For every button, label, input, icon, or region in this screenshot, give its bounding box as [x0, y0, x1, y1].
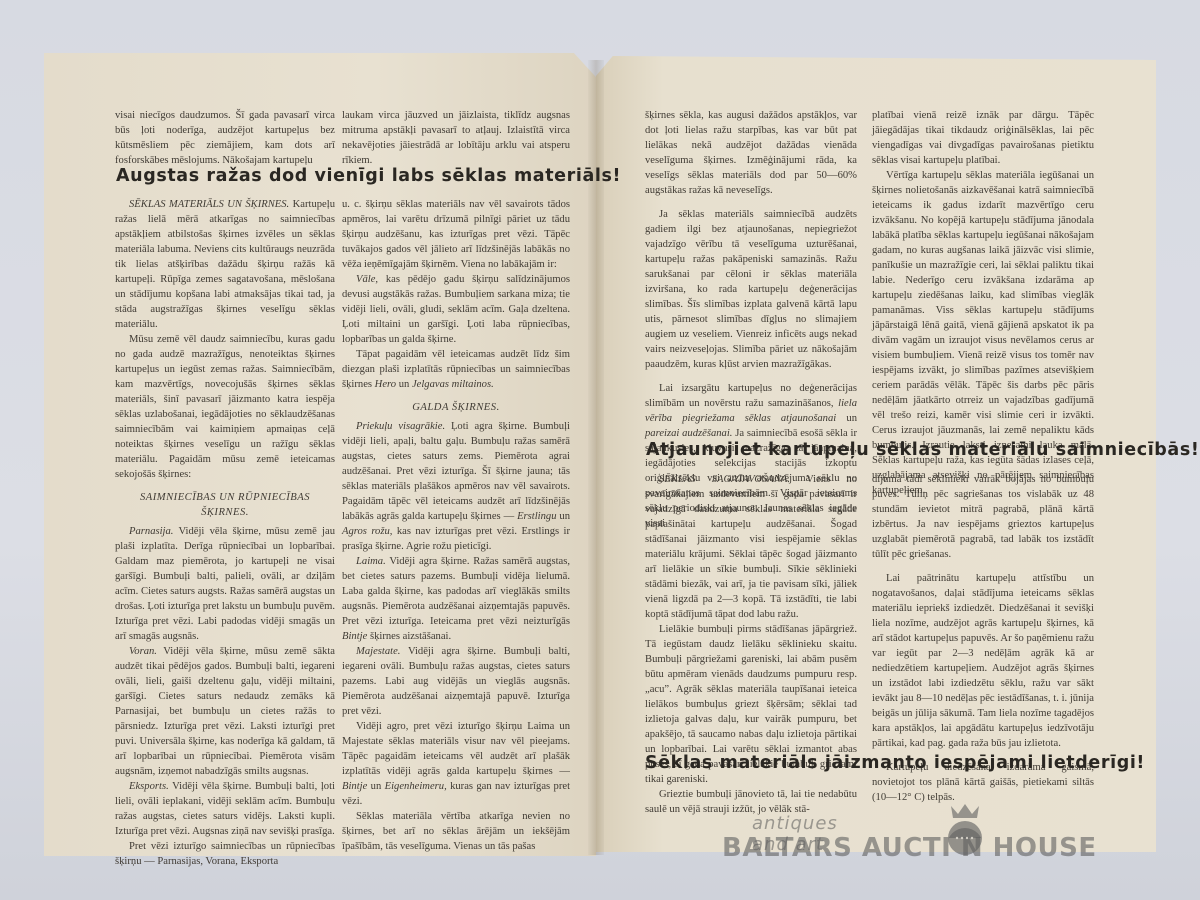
- paragraph: Voran. Vidēji vēla šķirne, mūsu zemē sāk…: [115, 644, 335, 779]
- text: un: [367, 781, 384, 792]
- text: Vidēji vēla šķirne, mūsu zemē sākta audz…: [115, 646, 335, 777]
- left-col1-intro: visai niecīgos daudzumos. Šī gada pavasa…: [115, 108, 335, 168]
- paragraph: Vidēji agro, pret vēzi izturīgo šķirņu L…: [342, 719, 570, 809]
- lead-text: Laima.: [356, 556, 386, 567]
- paragraph: visai niecīgos daudzumos. Šī gada pavasa…: [115, 108, 335, 168]
- text: Erstlingu: [517, 511, 556, 522]
- left-col2-body: u. c. šķirņu sēklas materiāls nav vēl sa…: [342, 197, 570, 854]
- subheading: SAIMNIECĪBAS UN RŪPNIECĪBAS ŠĶIRNES.: [115, 490, 335, 520]
- text: Agros rožu,: [342, 526, 392, 537]
- auction-house-logo-icon: [945, 818, 985, 858]
- paragraph: dījumā tādi sēklinieki vairāk bojājas no…: [872, 472, 1094, 562]
- text: šķirnes aizstāšanai.: [367, 631, 451, 642]
- lead-text: Vāle,: [356, 274, 378, 285]
- text: un: [557, 511, 571, 522]
- text: Jelgavas miltainos.: [412, 379, 494, 390]
- paragraph: Priekuļu visagrākie. Ļoti agra šķirne. B…: [342, 419, 570, 554]
- text: Eigenheimeru,: [385, 781, 447, 792]
- text: pareizai audzēšanai.: [645, 428, 732, 439]
- paragraph: SĒKLAS SAGATAVOŠANA. Viens no svarīgākaj…: [645, 472, 857, 622]
- text: un: [836, 413, 857, 424]
- left-headline: Augstas ražas dod vienīgi labs sēklas ma…: [116, 166, 621, 186]
- paragraph: laukam virca jāuzved un jāizlaista, tikl…: [342, 108, 570, 168]
- paragraph: Lai paātrinātu kartupeļu attīstību un no…: [872, 571, 1094, 751]
- right-headline-1: Atjaunojiet kartupeļu sēklas materiālu s…: [646, 440, 1199, 460]
- lead-text: SĒKLAS SAGATAVOŠANA.: [659, 474, 790, 485]
- lead-text: Voran.: [129, 646, 157, 657]
- paragraph: Pret vēzi izturīgo saimniecības un rūpni…: [115, 839, 335, 869]
- text: Hero: [375, 379, 396, 390]
- text: Vidēji vēla šķirne, mūsu zemē jau plaši …: [115, 526, 335, 642]
- paragraph: Ja sēklas materiāls saimniecībā audzēts …: [645, 207, 857, 372]
- right-headline-2: Sēklas materiāls jāizmanto iespējami lie…: [645, 753, 1145, 773]
- paragraph: Eksports. Vidēji vēla šķirne. Bumbuļi ba…: [115, 779, 335, 839]
- paragraph: u. c. šķirņu sēklas materiāls nav vēl sa…: [342, 197, 570, 272]
- paragraph: Laima. Vidēji agra šķirne. Ražas samērā …: [342, 554, 570, 644]
- paragraph: Vāle, kas pēdējo gadu šķirņu salīdzināju…: [342, 272, 570, 347]
- lead-text: Priekuļu visagrākie.: [356, 421, 445, 432]
- left-col1-body: SĒKLAS MATERIĀLS UN ŠĶIRNES. Kartupeļu r…: [115, 197, 335, 869]
- paragraph: Parnasija. Vidēji vēla šķirne, mūsu zemē…: [115, 524, 335, 644]
- text: Kartupeļu ražas lielā mērā atkarīgas no …: [115, 199, 335, 330]
- paragraph: SĒKLAS MATERIĀLS UN ŠĶIRNES. Kartupeļu r…: [115, 197, 335, 332]
- text: Bintje: [342, 781, 367, 792]
- paragraph: platībai vienā reizē iznāk par dārgu. Tā…: [872, 108, 1094, 168]
- text: Viens no svarīgākajiem uzdevumiem šī gad…: [645, 474, 857, 620]
- text: Ļoti agra šķirne. Bumbuļi vidēji lieli, …: [342, 421, 570, 522]
- lead-text: Eksports.: [129, 781, 169, 792]
- text: un: [396, 379, 412, 390]
- lead-text: Parnasija.: [129, 526, 173, 537]
- paragraph: Majestate. Vidēji agra šķirne. Bumbuļi b…: [342, 644, 570, 719]
- text: Bintje: [342, 631, 367, 642]
- left-col2-intro: laukam virca jāuzved un jāizlaista, tikl…: [342, 108, 570, 168]
- watermark-brand: BALTARS AUCTI N HOUSE: [722, 833, 1097, 863]
- lead-text: SĒKLAS MATERIĀLS UN ŠĶIRNES.: [129, 199, 289, 210]
- lead-text: Majestate.: [356, 646, 400, 657]
- text: Vidēji agro, pret vēzi izturīgo šķirņu L…: [342, 721, 570, 777]
- paragraph: Tāpat pagaidām vēl ieteicamas audzēt līd…: [342, 347, 570, 392]
- paragraph: Mūsu zemē vēl daudz saimniecību, kuras g…: [115, 332, 335, 482]
- right-col1-top: šķirnes sēkla, kas augusi dažādos apstāk…: [645, 108, 857, 531]
- paragraph: Sēklas materiāla vērtība atkarīga nevien…: [342, 809, 570, 854]
- subheading: GALDA ŠĶIRNES.: [342, 400, 570, 415]
- text: Lai izsargātu kartupeļus no deģenerācija…: [645, 383, 857, 409]
- paragraph: šķirnes sēkla, kas augusi dažādos apstāk…: [645, 108, 857, 198]
